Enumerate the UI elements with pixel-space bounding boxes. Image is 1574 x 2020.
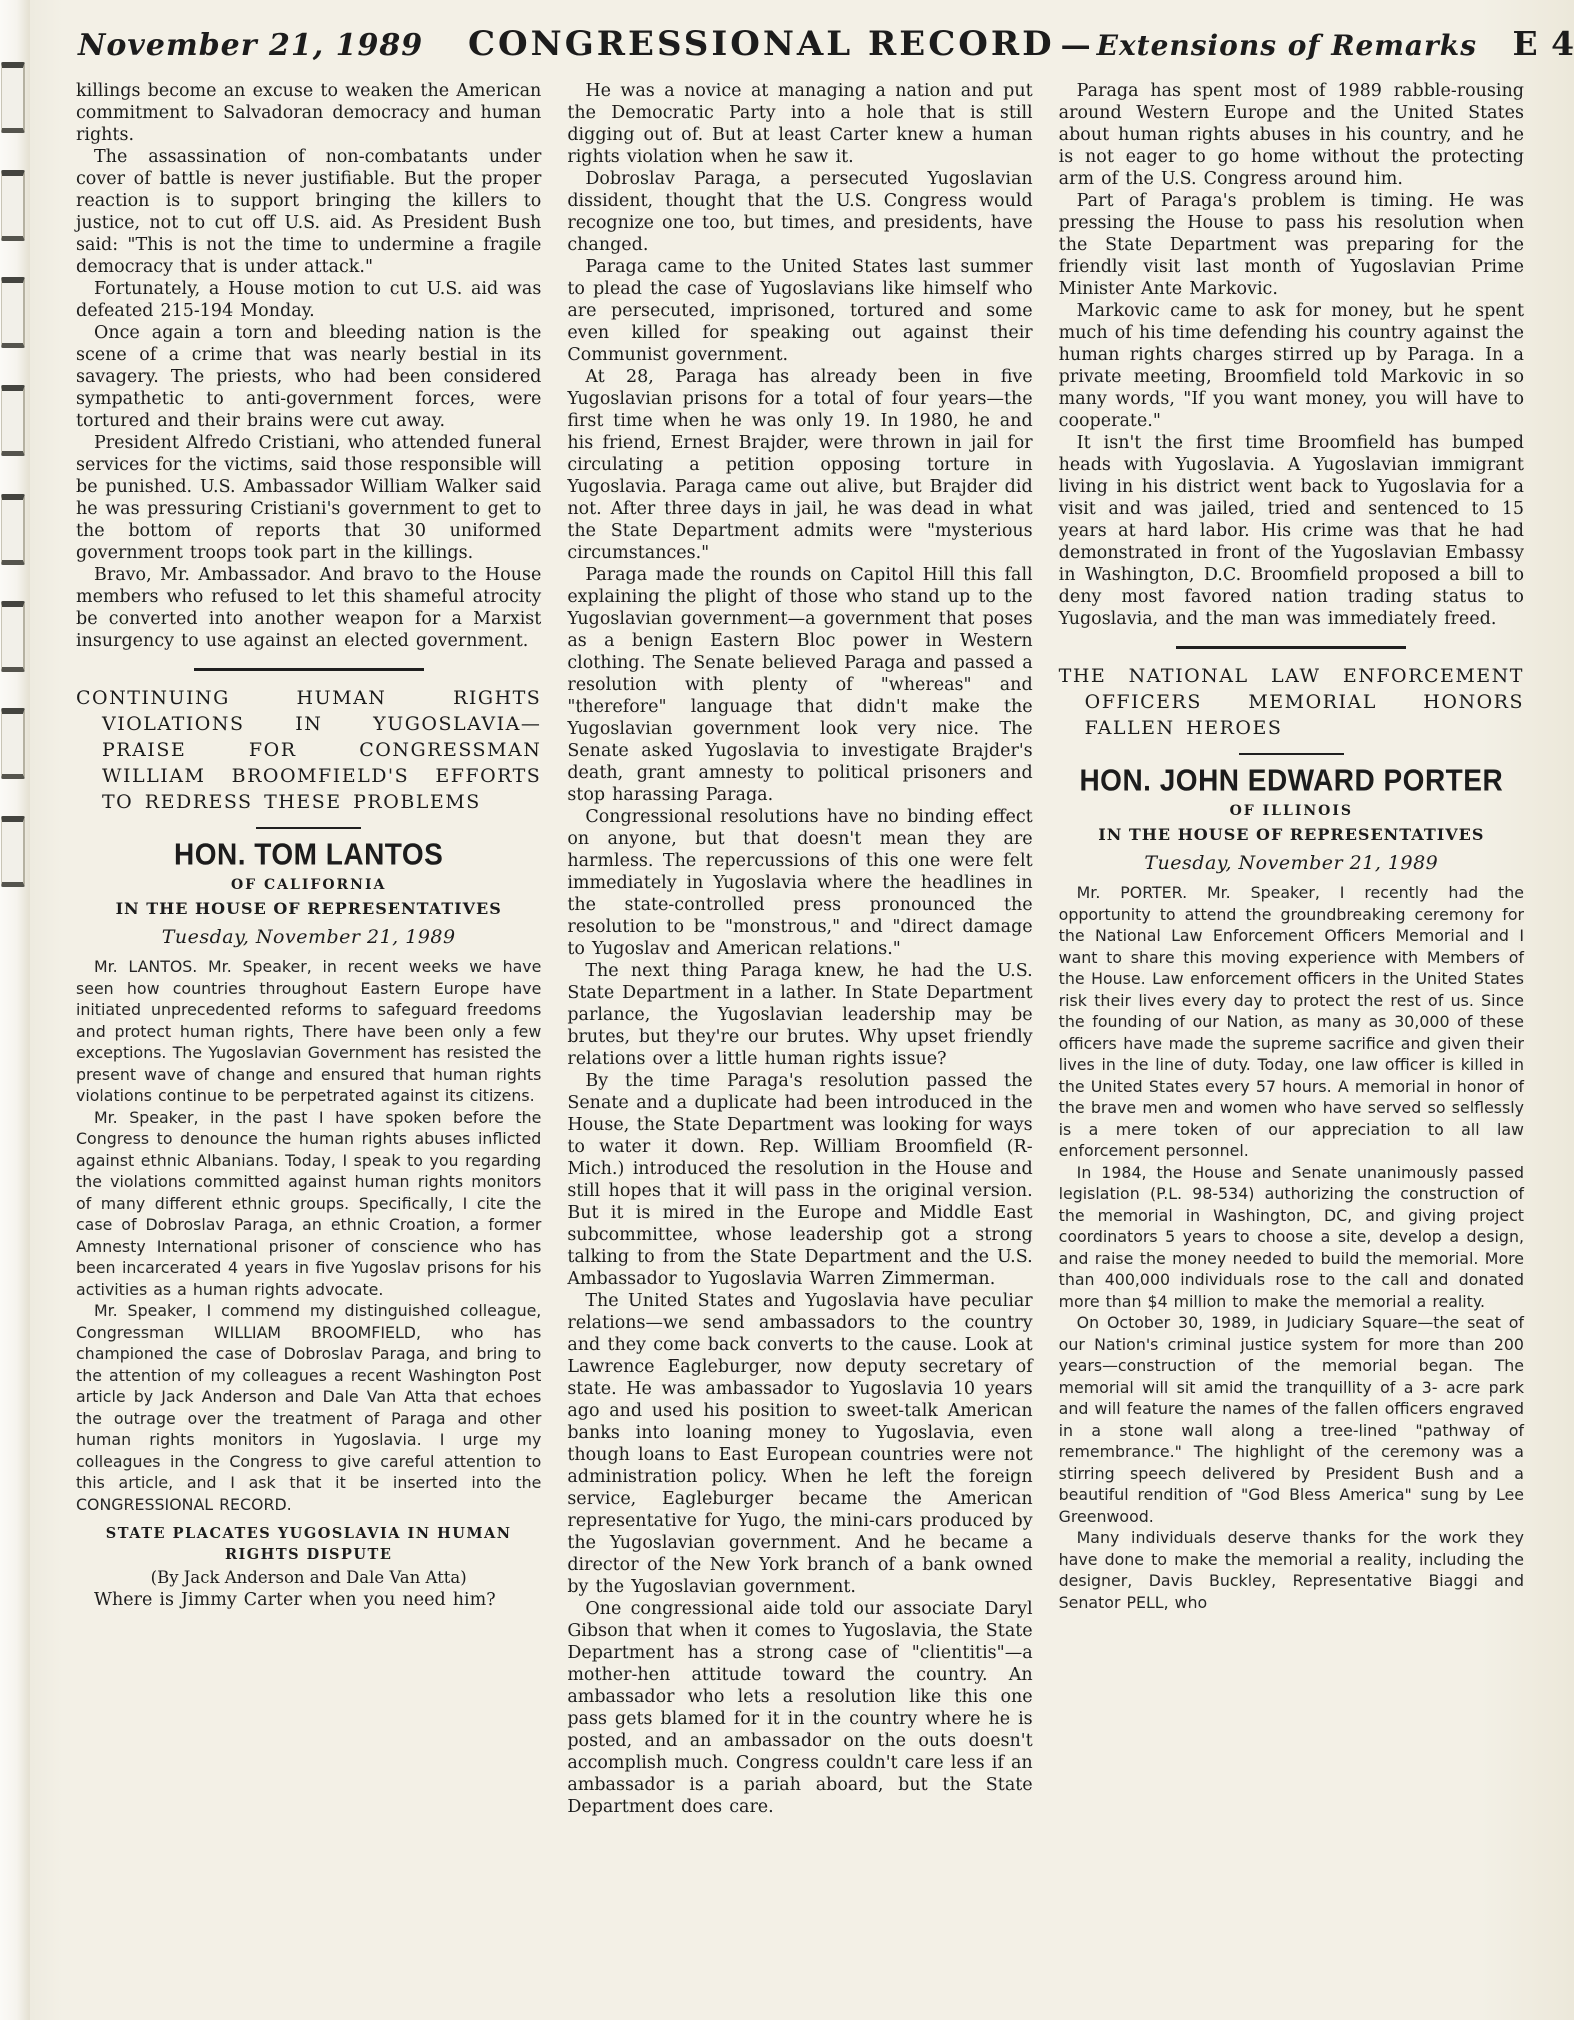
paragraph: President Alfredo Cristiani, who attende… — [76, 432, 541, 564]
section-heading: CONTINUING HUMAN RIGHTS VIOLATIONS IN YU… — [76, 685, 541, 815]
paragraph: Paraga has spent most of 1989 rabble-rou… — [1059, 80, 1524, 190]
binding-hole — [1, 708, 25, 779]
chamber-line: IN THE HOUSE OF REPRESENTATIVES — [76, 899, 541, 918]
page-header: November 21, 1989 CONGRESSIONAL RECORD—E… — [0, 0, 1574, 70]
binding-hole — [1, 385, 25, 456]
speech-paragraph: On October 30, 1989, in Judiciary Square… — [1059, 1312, 1524, 1527]
paragraph: Markovic came to ask for money, but he s… — [1059, 300, 1524, 432]
chamber-line: IN THE HOUSE OF REPRESENTATIVES — [1059, 825, 1524, 844]
binding-edge — [0, 0, 30, 2020]
heading-divider — [256, 827, 361, 829]
paragraph: killings become an excuse to weaken the … — [76, 80, 541, 146]
paragraph: Dobroslav Paraga, a persecuted Yugoslavi… — [567, 168, 1032, 256]
speech-paragraph: Mr. PORTER. Mr. Speaker, I recently had … — [1059, 882, 1524, 1162]
speech-paragraph: Many individuals deserve thanks for the … — [1059, 1527, 1524, 1613]
speaker-state: OF CALIFORNIA — [76, 877, 541, 893]
speaker-name: HON. TOM LANTOS — [76, 838, 541, 873]
binding-hole — [1, 62, 25, 133]
paragraph: Part of Paraga's problem is timing. He w… — [1059, 190, 1524, 300]
speaker-state: OF ILLINOIS — [1059, 803, 1524, 819]
paragraph: By the time Paraga's resolution passed t… — [567, 1070, 1032, 1290]
congressional-record-page: { "header": { "date": "November 21, 1989… — [0, 0, 1574, 2020]
issue-date: November 21, 1989 — [78, 28, 468, 63]
section-divider — [1176, 646, 1406, 649]
column-3: Paraga has spent most of 1989 rabble-rou… — [1059, 80, 1524, 1613]
section-heading: THE NATIONAL LAW ENFORCEMENT OFFICERS ME… — [1059, 663, 1524, 741]
heading-divider — [1239, 753, 1344, 755]
paragraph: The United States and Yugoslavia have pe… — [567, 1290, 1032, 1598]
date-line: Tuesday, November 21, 1989 — [76, 926, 541, 948]
paragraph: One congressional aide told our associat… — [567, 1598, 1032, 1818]
column-1: killings become an excuse to weaken the … — [76, 80, 541, 1611]
paragraph: Fortunately, a House motion to cut U.S. … — [76, 278, 541, 322]
binding-hole — [1, 170, 25, 241]
paragraph: He was a novice at managing a nation and… — [567, 80, 1032, 168]
paragraph: At 28, Paraga has already been in five Y… — [567, 366, 1032, 564]
paragraph: The assassination of non-combatants unde… — [76, 146, 541, 278]
column-layout: killings become an excuse to weaken the … — [0, 70, 1574, 1818]
paragraph: It isn't the first time Broomfield has b… — [1059, 432, 1524, 630]
binding-hole — [1, 601, 25, 672]
article-subhead: STATE PLACATES YUGOSLAVIA IN HUMAN RIGHT… — [90, 1523, 527, 1565]
binding-hole — [1, 816, 25, 887]
column-2: He was a novice at managing a nation and… — [567, 80, 1032, 1818]
paragraph: Paraga made the rounds on Capitol Hill t… — [567, 564, 1032, 806]
paragraph: Congressional resolutions have no bindin… — [567, 806, 1032, 960]
paragraph: Bravo, Mr. Ambassador. And bravo to the … — [76, 564, 541, 652]
binding-hole — [1, 277, 25, 348]
masthead: CONGRESSIONAL RECORD—Extensions of Remar… — [468, 24, 1477, 64]
masthead-dash: — — [1055, 28, 1097, 63]
paragraph: Where is Jimmy Carter when you need him? — [76, 1589, 541, 1611]
article-byline: (By Jack Anderson and Dale Van Atta) — [76, 1568, 541, 1587]
speech-paragraph: In 1984, the House and Senate unanimousl… — [1059, 1162, 1524, 1313]
speech-paragraph: Mr. Speaker, in the past I have spoken b… — [76, 1107, 541, 1301]
binding-hole — [1, 494, 25, 565]
speech-paragraph: Mr. Speaker, I commend my distinguished … — [76, 1300, 541, 1515]
paragraph: Paraga came to the United States last su… — [567, 256, 1032, 366]
page-number: E 4047 — [1477, 24, 1574, 63]
speaker-name: HON. JOHN EDWARD PORTER — [1059, 764, 1524, 799]
masthead-section: Extensions of Remarks — [1097, 29, 1477, 62]
section-divider — [194, 668, 424, 671]
paragraph: Once again a torn and bleeding nation is… — [76, 322, 541, 432]
speech-paragraph: Mr. LANTOS. Mr. Speaker, in recent weeks… — [76, 956, 541, 1107]
paragraph: The next thing Paraga knew, he had the U… — [567, 960, 1032, 1070]
date-line: Tuesday, November 21, 1989 — [1059, 852, 1524, 874]
masthead-title: CONGRESSIONAL RECORD — [468, 24, 1055, 64]
